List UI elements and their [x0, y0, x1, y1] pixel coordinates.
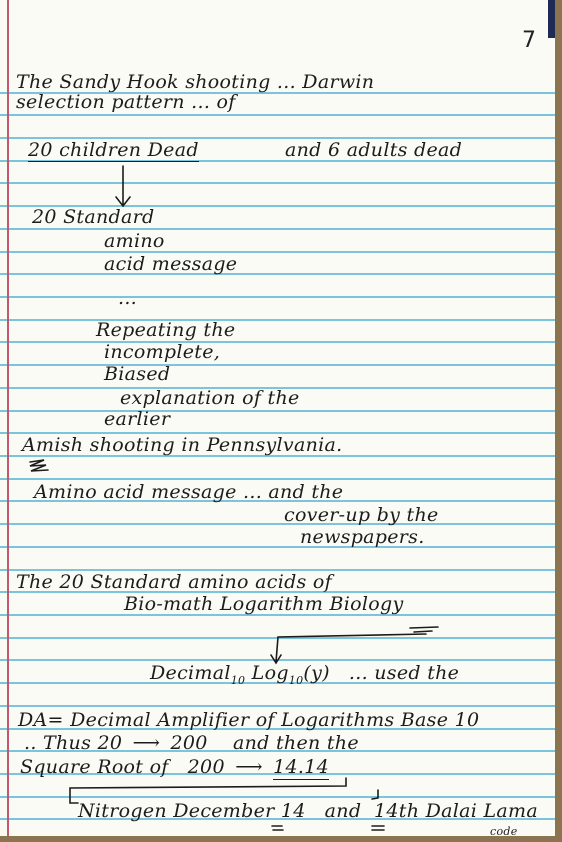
arrow-down-icon: [116, 166, 130, 206]
ruled-line: [0, 273, 555, 275]
notebook-page: 7 The Sandy Hook shooting ... Darwin sel…: [0, 0, 555, 836]
emphasis-mark: [30, 460, 48, 471]
notebook-binding: [548, 0, 555, 38]
note-line: DA= Decimal Amplifier of Logarithms Base…: [18, 710, 479, 730]
ruled-line: [0, 228, 555, 230]
note-line: incomplete,: [104, 342, 220, 362]
note-text: and then the: [233, 732, 359, 754]
ruled-line: [0, 478, 555, 480]
note-text: 200: [188, 756, 225, 778]
note-line: Repeating the: [96, 320, 235, 340]
note-line: Amish shooting in Pennsylvania.: [22, 435, 342, 455]
note-text: Nitrogen December 14: [78, 800, 306, 822]
ruled-line: [0, 637, 555, 639]
ruled-line: [0, 364, 555, 366]
note-line: selection pattern ... of: [16, 92, 236, 112]
note-text: 14th: [374, 800, 419, 822]
margin-line: [7, 0, 9, 836]
ruled-line: [0, 341, 555, 343]
emphasis-mark: [272, 826, 283, 830]
ruled-line: [0, 796, 555, 798]
note-text: Dalai Lama: [426, 800, 538, 822]
ruled-line: [0, 251, 555, 253]
note-line: .. Thus 20 ⟶ 200 and then the: [24, 733, 359, 753]
note-line: Bio-math Logarithm Biology: [124, 594, 403, 614]
emphasis-mark: [372, 826, 384, 830]
note-line: acid message: [104, 254, 237, 274]
ruled-line: [0, 182, 555, 184]
note-line: 20 Standard: [32, 207, 154, 227]
log-argument: (y): [303, 662, 329, 684]
note-text: .. Thus 20: [24, 732, 122, 754]
log-word: Log: [252, 662, 289, 684]
note-line: The 20 Standard amino acids of: [16, 572, 332, 592]
page-number: 7: [522, 28, 536, 53]
note-text: Square Root of: [20, 756, 169, 778]
ruled-line: [0, 705, 555, 707]
note-text: code: [490, 822, 518, 836]
emphasis-mark: [372, 790, 378, 799]
note-line: Nitrogen December 14 and 14th Dalai Lama: [78, 801, 538, 821]
ruled-line: [0, 523, 555, 525]
note-line: Square Root of 200 ⟶ 14.14: [20, 757, 329, 777]
note-line: cover-up by the: [284, 505, 439, 525]
note-line: Amino acid message ... and the: [34, 482, 343, 502]
ruled-line: [0, 410, 555, 412]
ruled-line: [0, 114, 555, 116]
note-line: and 6 adults dead: [285, 140, 462, 160]
arrow-right-icon: ⟶: [235, 756, 263, 778]
note-line: The Sandy Hook shooting ... Darwin: [16, 72, 374, 92]
ellipsis: ...: [118, 288, 137, 308]
subscript: 10: [289, 674, 304, 687]
note-text: and: [325, 800, 362, 822]
note-text: ... used the: [349, 662, 459, 684]
note-line: Decimal10 Log10(y) ... used the: [150, 663, 459, 691]
decimal-word: Decimal: [150, 662, 231, 684]
ruled-line: [0, 659, 555, 661]
note-line: Biased: [104, 364, 170, 384]
note-text-underlined: 14.14: [273, 756, 329, 780]
note-line-underlined: 20 children Dead: [28, 140, 199, 162]
note-line: amino: [104, 231, 165, 251]
ruled-line: [0, 546, 555, 548]
note-line: newspapers.: [300, 527, 425, 547]
note-line: earlier: [104, 409, 170, 429]
note-text: 200: [170, 732, 207, 754]
arrow-right-icon: ⟶: [133, 732, 161, 754]
emphasis-mark: [410, 627, 438, 632]
note-line: explanation of the: [120, 388, 300, 408]
ruled-line: [0, 296, 555, 298]
subscript: 10: [231, 674, 246, 687]
ruled-line: [0, 319, 555, 321]
